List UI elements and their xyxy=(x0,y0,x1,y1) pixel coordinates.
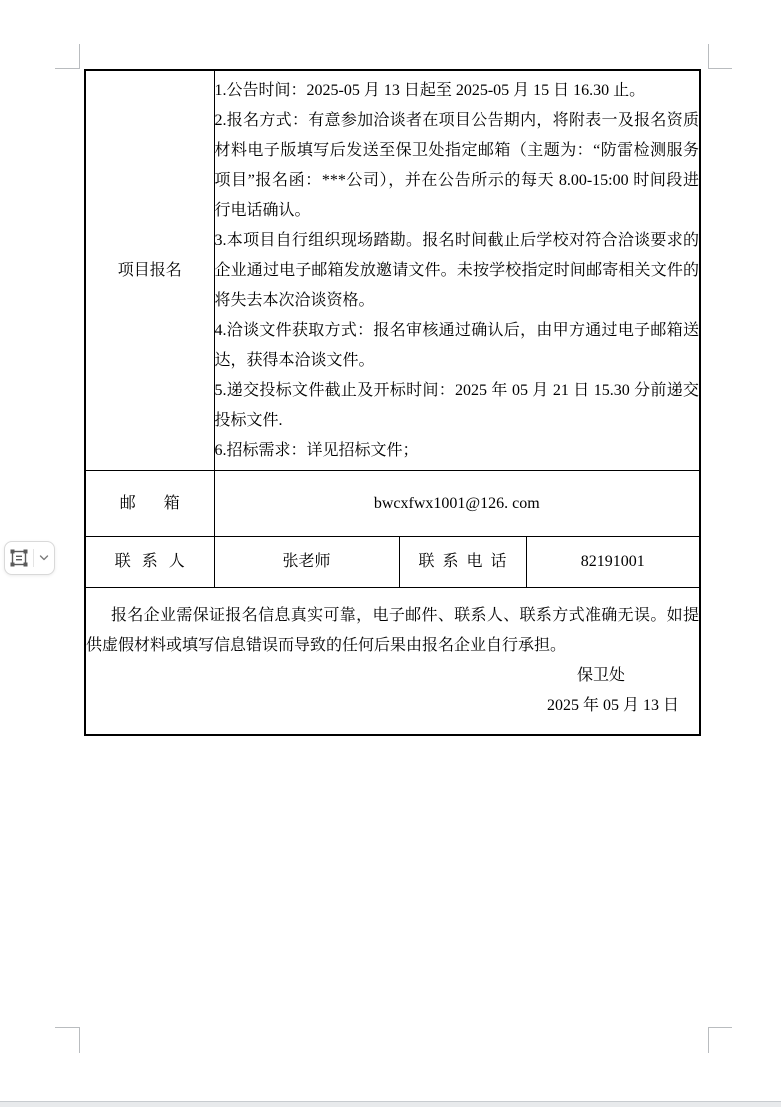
project-item-2: 2.报名方式：有意参加洽谈者在项目公告期内，将附表一及报名资质材料电子版填写后发… xyxy=(215,106,700,226)
project-label-cell: 项目报名 xyxy=(85,70,214,471)
table-tools-button[interactable] xyxy=(4,541,55,575)
crop-mark-bottom-left xyxy=(55,1027,80,1053)
crop-mark-top-left xyxy=(55,44,80,69)
signature-date: 2025 年 05 月 13 日 xyxy=(86,691,699,721)
phone-value-cell: 82191001 xyxy=(526,537,700,588)
horizontal-scrollbar[interactable] xyxy=(0,1101,781,1107)
note-cell: 报名企业需保证报名信息真实可靠，电子邮件、联系人、联系方式准确无误。如提供虚假材… xyxy=(85,588,700,736)
phone-value: 82191001 xyxy=(581,553,645,570)
email-value: bwcxfwx1001@126. com xyxy=(374,495,540,512)
table-row: 项目报名 1.公告时间：2025-05 月 13 日起至 2025-05 月 1… xyxy=(85,70,700,471)
table-row: 联系人 张老师 联系电话 82191001 xyxy=(85,537,700,588)
project-item-4: 4.洽谈文件获取方式：报名审核通过确认后，由甲方通过电子邮箱送达，获得本洽谈文件… xyxy=(215,316,700,376)
email-value-cell: bwcxfwx1001@126. com xyxy=(214,471,700,537)
project-item-5: 5.递交投标文件截止及开标时间：2025 年 05 月 21 日 15.30 分… xyxy=(215,376,700,436)
project-item-1: 1.公告时间：2025-05 月 13 日起至 2025-05 月 15 日 1… xyxy=(215,76,700,106)
contact-name-cell: 张老师 xyxy=(214,537,399,588)
phone-label: 联系电话 xyxy=(419,547,507,577)
table-row: 邮箱 bwcxfwx1001@126. com xyxy=(85,471,700,537)
project-content-cell: 1.公告时间：2025-05 月 13 日起至 2025-05 月 15 日 1… xyxy=(214,70,700,471)
project-label: 项目报名 xyxy=(118,262,182,279)
contact-label-cell: 联系人 xyxy=(85,537,214,588)
phone-label-cell: 联系电话 xyxy=(399,537,526,588)
crop-mark-top-right xyxy=(708,44,732,69)
signature-dept: 保卫处 xyxy=(86,661,699,691)
button-divider xyxy=(33,549,34,567)
registration-table: 项目报名 1.公告时间：2025-05 月 13 日起至 2025-05 月 1… xyxy=(84,69,701,736)
contact-name: 张老师 xyxy=(282,553,330,570)
chevron-down-icon[interactable] xyxy=(38,552,50,564)
email-label-cell: 邮箱 xyxy=(85,471,214,537)
contact-label: 联系人 xyxy=(115,547,185,577)
table-frame-icon xyxy=(9,548,29,568)
note-text: 报名企业需保证报名信息真实可靠，电子邮件、联系人、联系方式准确无误。如提供虚假材… xyxy=(86,601,699,661)
table-row: 报名企业需保证报名信息真实可靠，电子邮件、联系人、联系方式准确无误。如提供虚假材… xyxy=(85,588,700,736)
crop-mark-bottom-right xyxy=(708,1027,732,1053)
project-item-6: 6.招标需求：详见招标文件； xyxy=(215,436,700,466)
email-label: 邮箱 xyxy=(120,489,180,519)
project-item-3: 3.本项目自行组织现场踏勘。报名时间截止后学校对符合洽谈要求的企业通过电子邮箱发… xyxy=(215,226,700,316)
